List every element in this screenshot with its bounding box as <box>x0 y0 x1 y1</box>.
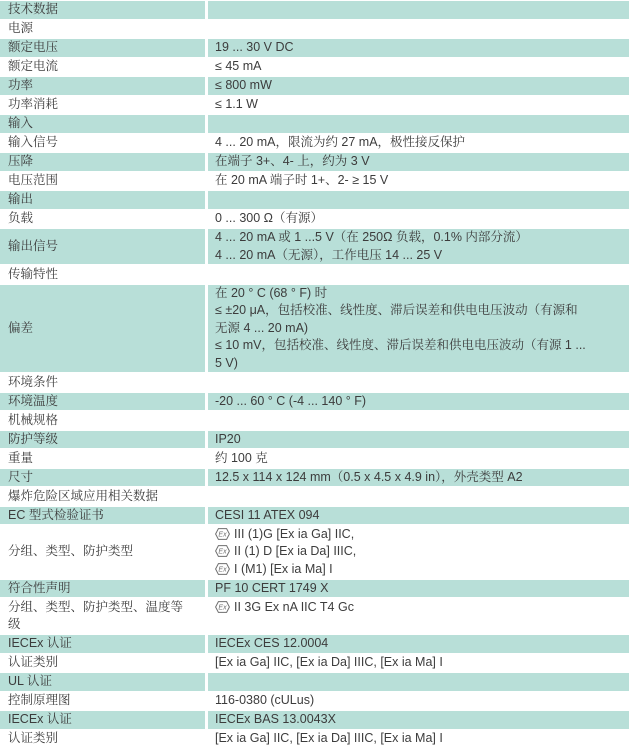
table-row: 额定电流≤ 45 mA <box>0 58 629 76</box>
table-row: 分组、类型、防护类型、温度等级ExII 3G Ex nA IIC T4 Gc <box>0 599 629 634</box>
spec-value-text: ≤ 1.1 W <box>215 97 258 111</box>
spec-label-line: 环境条件 <box>8 374 201 392</box>
section-row: 传输特性 <box>0 266 629 284</box>
spec-label-line: 输入 <box>8 115 201 133</box>
atex-ex-hexagon-icon: Ex <box>215 601 230 613</box>
spec-value-text: II (1) D [Ex ia Da] IIIC, <box>234 544 356 558</box>
spec-value-text: CESI 11 ATEX 094 <box>215 508 319 522</box>
spec-label-line: 环境温度 <box>8 393 201 411</box>
atex-ex-hexagon-icon: Ex <box>215 563 230 575</box>
section-row: 机械规格 <box>0 412 629 430</box>
spec-value: 0 ... 300 Ω（有源） <box>208 210 629 228</box>
table-row: 额定电压19 ... 30 V DC <box>0 39 629 57</box>
spec-label: IECEx 认证 <box>0 635 208 653</box>
spec-value-line: ≤ ±20 μA，包括校准、线性度、滞后误差和供电电压波动（有源和 <box>215 302 625 320</box>
spec-value: 在端子 3+、4- 上，约为 3 V <box>208 153 629 171</box>
spec-value <box>208 412 629 430</box>
section-row: UL 认证 <box>0 673 629 691</box>
table-row: 输出信号4 ... 20 mA 或 1 ...5 V（在 250Ω 负载，0.1… <box>0 229 629 264</box>
spec-label-line: 尺寸 <box>8 469 201 487</box>
table-row: 符合性声明PF 10 CERT 1749 X <box>0 580 629 598</box>
spec-label: IECEx 认证 <box>0 711 208 729</box>
spec-value-text: 约 100 克 <box>215 451 268 465</box>
spec-value-text: 在 20 mA 端子时 1+、2- ≥ 15 V <box>215 173 388 187</box>
spec-label-line: 偏差 <box>8 320 201 338</box>
section-row: 环境条件 <box>0 374 629 392</box>
spec-value-text: [Ex ia Ga] IIC, [Ex ia Da] IIIC, [Ex ia … <box>215 655 443 669</box>
spec-value-text: 在端子 3+、4- 上，约为 3 V <box>215 154 370 168</box>
spec-label: UL 认证 <box>0 673 208 691</box>
spec-label: 输入 <box>0 115 208 133</box>
spec-label: 传输特性 <box>0 266 208 284</box>
spec-label: 功率 <box>0 77 208 95</box>
spec-label: 重量 <box>0 450 208 468</box>
spec-label-line: UL 认证 <box>8 673 201 691</box>
spec-label-line: 输出 <box>8 191 201 209</box>
spec-value: 12.5 x 114 x 124 mm（0.5 x 4.5 x 4.9 in），… <box>208 469 629 487</box>
spec-label-line: 级 <box>8 616 201 634</box>
spec-value-text: 12.5 x 114 x 124 mm（0.5 x 4.5 x 4.9 in），… <box>215 470 523 484</box>
spec-value-text: PF 10 CERT 1749 X <box>215 581 329 595</box>
spec-value-line: 116-0380 (cULus) <box>215 692 625 710</box>
spec-label: 分组、类型、防护类型、温度等级 <box>0 599 208 634</box>
spec-value-line: 约 100 克 <box>215 450 625 468</box>
spec-value-line: 4 ... 20 mA，限流为约 27 mA，极性接反保护 <box>215 134 625 152</box>
spec-label: 额定电流 <box>0 58 208 76</box>
spec-label: 输入信号 <box>0 134 208 152</box>
spec-value-text: III (1)G [Ex ia Ga] IIC, <box>234 527 354 541</box>
table-row: 功率≤ 800 mW <box>0 77 629 95</box>
spec-label: 认证类别 <box>0 654 208 672</box>
spec-value-line: 0 ... 300 Ω（有源） <box>215 210 625 228</box>
spec-label: 负载 <box>0 210 208 228</box>
spec-value: ≤ 800 mW <box>208 77 629 95</box>
spec-value-text: IECEx CES 12.0004 <box>215 636 328 650</box>
spec-value: -20 ... 60 ° C (-4 ... 140 ° F) <box>208 393 629 411</box>
atex-ex-hexagon-icon: Ex <box>215 528 230 540</box>
section-row: 输入 <box>0 115 629 133</box>
spec-value-text: ≤ ±20 μA，包括校准、线性度、滞后误差和供电电压波动（有源和 <box>215 303 578 317</box>
spec-value-text: ≤ 45 mA <box>215 59 261 73</box>
spec-value: IP20 <box>208 431 629 449</box>
spec-label-line: 分组、类型、防护类型 <box>8 543 201 561</box>
spec-value: [Ex ia Ga] IIC, [Ex ia Da] IIIC, [Ex ia … <box>208 730 629 748</box>
spec-value-line: 在端子 3+、4- 上，约为 3 V <box>215 153 625 171</box>
page-title: 技术数据 <box>0 1 208 19</box>
spec-value-text: II 3G Ex nA IIC T4 Gc <box>234 600 354 614</box>
spec-value-line: CESI 11 ATEX 094 <box>215 507 625 525</box>
spec-value: 在 20 ° C (68 ° F) 时≤ ±20 μA，包括校准、线性度、滞后误… <box>208 285 629 373</box>
svg-text:Ex: Ex <box>218 566 227 573</box>
spec-value: [Ex ia Ga] IIC, [Ex ia Da] IIIC, [Ex ia … <box>208 654 629 672</box>
spec-label: 防护等级 <box>0 431 208 449</box>
table-row: 电压范围在 20 mA 端子时 1+、2- ≥ 15 V <box>0 172 629 190</box>
spec-value: ExIII (1)G [Ex ia Ga] IIC,ExII (1) D [Ex… <box>208 526 629 579</box>
spec-value-line: 4 ... 20 mA 或 1 ...5 V（在 250Ω 负载，0.1% 内部… <box>215 229 625 247</box>
spec-value: ≤ 45 mA <box>208 58 629 76</box>
spec-value-line: -20 ... 60 ° C (-4 ... 140 ° F) <box>215 393 625 411</box>
spec-label-line: 符合性声明 <box>8 580 201 598</box>
spec-label: 额定电压 <box>0 39 208 57</box>
spec-value-text: 5 V) <box>215 356 238 370</box>
spec-value-text: 0 ... 300 Ω（有源） <box>215 211 323 225</box>
spec-label-line: 功率消耗 <box>8 96 201 114</box>
spec-label-line: 输出信号 <box>8 238 201 256</box>
spec-value: 4 ... 20 mA，限流为约 27 mA，极性接反保护 <box>208 134 629 152</box>
spec-value: 约 100 克 <box>208 450 629 468</box>
spec-label-line: 额定电流 <box>8 58 201 76</box>
spec-label: 功率消耗 <box>0 96 208 114</box>
section-row: 电源 <box>0 20 629 38</box>
spec-value-line: ≤ 45 mA <box>215 58 625 76</box>
spec-value <box>208 1 629 19</box>
table-header-row: 技术数据 <box>0 1 629 19</box>
spec-label-line: 技术数据 <box>8 1 201 19</box>
spec-value-text: 无源 4 ... 20 mA) <box>215 321 308 335</box>
spec-value-text: 4 ... 20 mA（无源），工作电压 14 ... 25 V <box>215 248 442 262</box>
spec-value-text: IP20 <box>215 432 241 446</box>
spec-label-line: 防护等级 <box>8 431 201 449</box>
spec-value-text: 19 ... 30 V DC <box>215 40 294 54</box>
table-row: 输入信号4 ... 20 mA，限流为约 27 mA，极性接反保护 <box>0 134 629 152</box>
table-row: IECEx 认证IECEx BAS 13.0043X <box>0 711 629 729</box>
spec-value-line: ≤ 800 mW <box>215 77 625 95</box>
atex-ex-hexagon-icon: Ex <box>215 545 230 557</box>
spec-label: 环境温度 <box>0 393 208 411</box>
spec-table: 技术数据电源额定电压19 ... 30 V DC额定电流≤ 45 mA功率≤ 8… <box>0 0 629 748</box>
spec-label-line: 功率 <box>8 77 201 95</box>
spec-label: 认证类别 <box>0 730 208 748</box>
spec-label: 输出信号 <box>0 229 208 264</box>
table-row: 分组、类型、防护类型ExIII (1)G [Ex ia Ga] IIC,ExII… <box>0 526 629 579</box>
spec-value-line: ≤ 1.1 W <box>215 96 625 114</box>
spec-label-line: 机械规格 <box>8 412 201 430</box>
table-row: 偏差在 20 ° C (68 ° F) 时≤ ±20 μA，包括校准、线性度、滞… <box>0 285 629 373</box>
spec-value-line: [Ex ia Ga] IIC, [Ex ia Da] IIIC, [Ex ia … <box>215 730 625 748</box>
table-row: 负载0 ... 300 Ω（有源） <box>0 210 629 228</box>
spec-value <box>208 115 629 133</box>
spec-value: PF 10 CERT 1749 X <box>208 580 629 598</box>
spec-value: 116-0380 (cULus) <box>208 692 629 710</box>
table-row: 控制原理图116-0380 (cULus) <box>0 692 629 710</box>
table-row: 压降在端子 3+、4- 上，约为 3 V <box>0 153 629 171</box>
spec-value-line: IP20 <box>215 431 625 449</box>
svg-text:Ex: Ex <box>218 531 227 538</box>
svg-text:Ex: Ex <box>218 604 227 611</box>
spec-label: 控制原理图 <box>0 692 208 710</box>
spec-value: ExII 3G Ex nA IIC T4 Gc <box>208 599 629 634</box>
spec-label-line: 认证类别 <box>8 654 201 672</box>
table-row: 环境温度-20 ... 60 ° C (-4 ... 140 ° F) <box>0 393 629 411</box>
spec-value-text: ≤ 10 mV，包括校准、线性度、滞后误差和供电电压波动（有源 1 ... <box>215 338 586 352</box>
spec-value-line: ExII 3G Ex nA IIC T4 Gc <box>215 599 625 617</box>
spec-value <box>208 266 629 284</box>
spec-value-line: ExIII (1)G [Ex ia Ga] IIC, <box>215 526 625 544</box>
spec-value-line: 4 ... 20 mA（无源），工作电压 14 ... 25 V <box>215 247 625 265</box>
table-row: IECEx 认证IECEx CES 12.0004 <box>0 635 629 653</box>
spec-value-line: ExII (1) D [Ex ia Da] IIIC, <box>215 543 625 561</box>
spec-label-line: 控制原理图 <box>8 692 201 710</box>
spec-label: 电源 <box>0 20 208 38</box>
spec-value: ≤ 1.1 W <box>208 96 629 114</box>
table-row: 重量约 100 克 <box>0 450 629 468</box>
spec-value: IECEx BAS 13.0043X <box>208 711 629 729</box>
spec-label: 输出 <box>0 191 208 209</box>
spec-value: 4 ... 20 mA 或 1 ...5 V（在 250Ω 负载，0.1% 内部… <box>208 229 629 264</box>
spec-value-text: [Ex ia Ga] IIC, [Ex ia Da] IIIC, [Ex ia … <box>215 731 443 745</box>
spec-value-line: PF 10 CERT 1749 X <box>215 580 625 598</box>
spec-value <box>208 191 629 209</box>
spec-value-line: ≤ 10 mV，包括校准、线性度、滞后误差和供电电压波动（有源 1 ... <box>215 337 625 355</box>
spec-value-text: 4 ... 20 mA 或 1 ...5 V（在 250Ω 负载，0.1% 内部… <box>215 230 528 244</box>
spec-value-line: 5 V) <box>215 355 625 373</box>
spec-label: 尺寸 <box>0 469 208 487</box>
spec-value-text: I (M1) [Ex ia Ma] I <box>234 562 333 576</box>
spec-label-line: 认证类别 <box>8 730 201 748</box>
table-row: 功率消耗≤ 1.1 W <box>0 96 629 114</box>
spec-value-line: ExI (M1) [Ex ia Ma] I <box>215 561 625 579</box>
spec-value-text: 116-0380 (cULus) <box>215 693 314 707</box>
spec-label-line: 输入信号 <box>8 134 201 152</box>
spec-value-text: 4 ... 20 mA，限流为约 27 mA，极性接反保护 <box>215 135 465 149</box>
spec-label-line: 分组、类型、防护类型、温度等 <box>8 599 201 617</box>
table-row: 认证类别[Ex ia Ga] IIC, [Ex ia Da] IIIC, [Ex… <box>0 654 629 672</box>
spec-label: 环境条件 <box>0 374 208 392</box>
spec-label: 偏差 <box>0 285 208 373</box>
spec-value-text: -20 ... 60 ° C (-4 ... 140 ° F) <box>215 394 366 408</box>
spec-label: EC 型式检验证书 <box>0 507 208 525</box>
spec-value: IECEx CES 12.0004 <box>208 635 629 653</box>
spec-value-line: IECEx CES 12.0004 <box>215 635 625 653</box>
spec-label: 机械规格 <box>0 412 208 430</box>
spec-label: 分组、类型、防护类型 <box>0 526 208 579</box>
spec-value-line: 无源 4 ... 20 mA) <box>215 320 625 338</box>
table-row: 认证类别[Ex ia Ga] IIC, [Ex ia Da] IIIC, [Ex… <box>0 730 629 748</box>
spec-value-line: 12.5 x 114 x 124 mm（0.5 x 4.5 x 4.9 in），… <box>215 469 625 487</box>
table-row: 尺寸12.5 x 114 x 124 mm（0.5 x 4.5 x 4.9 in… <box>0 469 629 487</box>
svg-text:Ex: Ex <box>218 549 227 556</box>
spec-value: 19 ... 30 V DC <box>208 39 629 57</box>
spec-label-line: 电源 <box>8 20 201 38</box>
spec-label-line: 传输特性 <box>8 266 201 284</box>
section-row: 爆炸危险区域应用相关数据 <box>0 488 629 506</box>
spec-label: 压降 <box>0 153 208 171</box>
spec-value-text: ≤ 800 mW <box>215 78 272 92</box>
spec-value: CESI 11 ATEX 094 <box>208 507 629 525</box>
spec-label: 电压范围 <box>0 172 208 190</box>
spec-value-line: 19 ... 30 V DC <box>215 39 625 57</box>
spec-value-text: 在 20 ° C (68 ° F) 时 <box>215 286 327 300</box>
spec-value-text: IECEx BAS 13.0043X <box>215 712 336 726</box>
spec-label-line: 压降 <box>8 153 201 171</box>
spec-value-line: 在 20 ° C (68 ° F) 时 <box>215 285 625 303</box>
spec-label-line: 额定电压 <box>8 39 201 57</box>
spec-label: 符合性声明 <box>0 580 208 598</box>
spec-label: 爆炸危险区域应用相关数据 <box>0 488 208 506</box>
spec-value <box>208 673 629 691</box>
spec-value <box>208 374 629 392</box>
spec-value: 在 20 mA 端子时 1+、2- ≥ 15 V <box>208 172 629 190</box>
spec-label-line: 爆炸危险区域应用相关数据 <box>8 488 201 506</box>
spec-value-line: [Ex ia Ga] IIC, [Ex ia Da] IIIC, [Ex ia … <box>215 654 625 672</box>
section-row: 输出 <box>0 191 629 209</box>
spec-value-line: IECEx BAS 13.0043X <box>215 711 625 729</box>
spec-label-line: 重量 <box>8 450 201 468</box>
spec-value-line: 在 20 mA 端子时 1+、2- ≥ 15 V <box>215 172 625 190</box>
spec-label-line: EC 型式检验证书 <box>8 507 201 525</box>
spec-value <box>208 488 629 506</box>
spec-label-line: IECEx 认证 <box>8 635 201 653</box>
table-row: 防护等级IP20 <box>0 431 629 449</box>
spec-value <box>208 20 629 38</box>
spec-label-line: IECEx 认证 <box>8 711 201 729</box>
spec-label-line: 电压范围 <box>8 172 201 190</box>
table-row: EC 型式检验证书CESI 11 ATEX 094 <box>0 507 629 525</box>
spec-label-line: 负载 <box>8 210 201 228</box>
